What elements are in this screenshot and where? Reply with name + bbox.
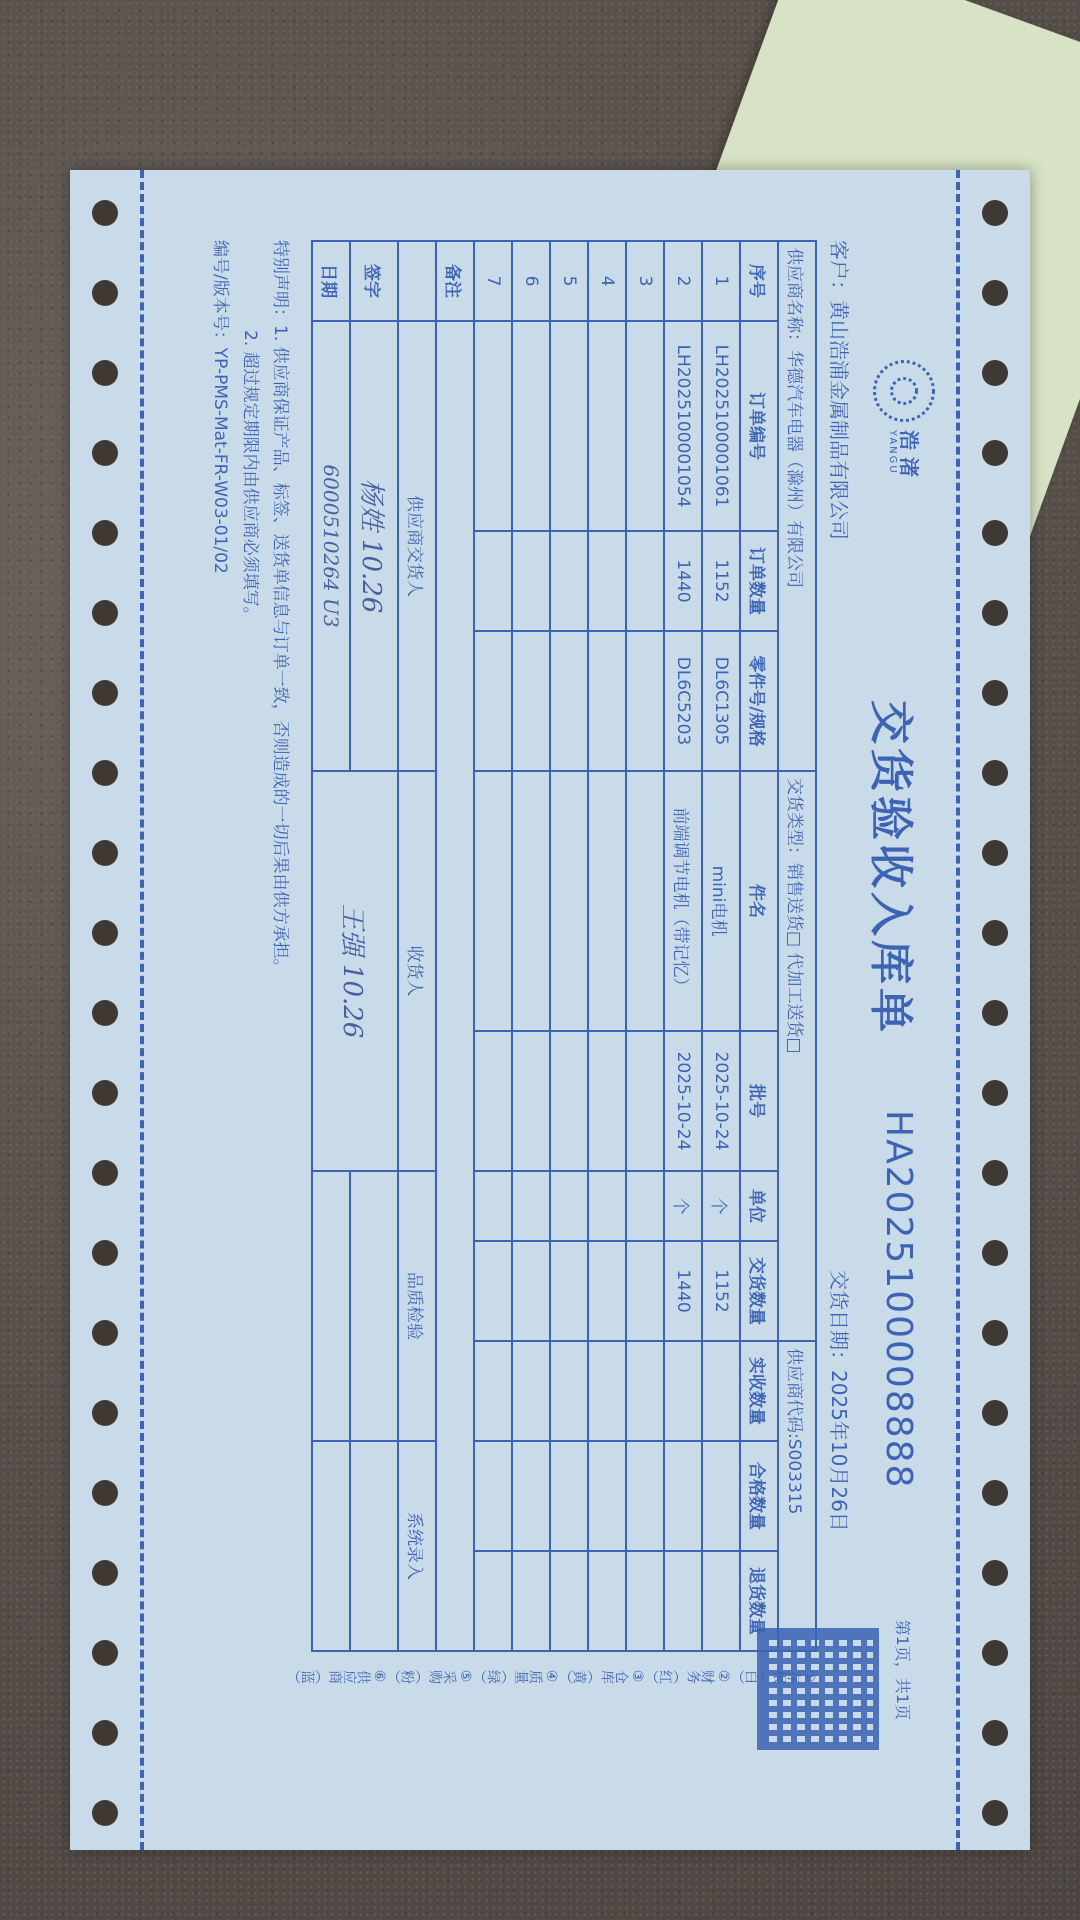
supplier-signature: 杨姓 10.26 xyxy=(350,321,398,771)
role-system-entry: 系统录入 xyxy=(398,1441,436,1651)
cell-returned-qty xyxy=(664,1551,702,1651)
signature-row: 签字 杨姓 10.26 王强 10.26 xyxy=(350,241,398,1651)
table-row: 3 xyxy=(626,241,664,1651)
supplier-date-handwritten: 6000510264 U3 xyxy=(312,321,350,771)
role-quality-inspection: 品质检验 xyxy=(398,1171,436,1441)
items-table: 供应商名称：华德汽车电器（滁州）有限公司 交货类型：销售送货□ 代加工送货□ 供… xyxy=(311,240,817,1652)
table-header-row: 序号 订单编号 订单数量 零件号/规格 件名 批号 单位 交货数量 实收数量 合… xyxy=(740,241,778,1651)
col-header: 合格数量 xyxy=(740,1441,778,1551)
table-row: 1 LH2025100001061 1152 DL6C1305 mini电机 2… xyxy=(702,241,740,1651)
table-row: 2 LH2025100001054 1440 DL6C5203 前端调节电机（带… xyxy=(664,241,702,1651)
cell-received-qty xyxy=(664,1341,702,1441)
table-row: 4 xyxy=(588,241,626,1651)
cell-part-no: DL6C1305 xyxy=(702,631,740,771)
page-title: 交货验收入库单 xyxy=(863,700,927,1036)
role-receiver: 收货人 xyxy=(398,771,436,1171)
cell-no: 2 xyxy=(664,241,702,321)
logo-subtitle: YANGU xyxy=(888,430,899,477)
col-header: 零件号/规格 xyxy=(740,631,778,771)
supplier-row: 供应商名称：华德汽车电器（滁州）有限公司 交货类型：销售送货□ 代加工送货□ 供… xyxy=(778,241,816,1651)
note-line-1: 特别声明：1. 供应商保证产品、标签、送货单信息与订单一致，否则造成的一切后果由… xyxy=(265,240,295,976)
role-supplier-deliverer: 供应商交货人 xyxy=(398,321,436,771)
col-header: 序号 xyxy=(740,241,778,321)
col-header: 订单编号 xyxy=(740,321,778,531)
cell-unit: 个 xyxy=(702,1171,740,1241)
col-header: 单位 xyxy=(740,1171,778,1241)
remarks-row: 备注 xyxy=(436,241,474,1651)
col-header: 件名 xyxy=(740,771,778,1031)
table-row: 5 xyxy=(550,241,588,1651)
cell-received-qty xyxy=(702,1341,740,1441)
logo-name: 浩 渚 xyxy=(899,430,921,477)
cell-part-name: mini电机 xyxy=(702,771,740,1031)
cell-no: 7 xyxy=(474,241,512,321)
delivery-date: 交货日期：2025年10月26日 xyxy=(826,1270,855,1532)
form-header: 浩 渚 YANGU 交货验收入库单 HA2025100008888 第1页，共1… xyxy=(825,240,935,1780)
supplier-name: 供应商名称：华德汽车电器（滁州）有限公司 xyxy=(778,241,816,771)
date-label: 日期 xyxy=(312,241,350,321)
cell-order-no: LH2025100001061 xyxy=(702,321,740,531)
cell-order-qty: 1440 xyxy=(664,531,702,631)
supplier-code: 供应商代码:S003315 xyxy=(778,1341,816,1651)
cell-no: 3 xyxy=(626,241,664,321)
document-photo: 浩 渚 YANGU 交货验收入库单 HA2025100008888 第1页，共1… xyxy=(40,170,1020,1850)
document-number: HA2025100008888 xyxy=(878,1110,919,1489)
customer-name: 客户：黄山浩浦金属制品有限公司 xyxy=(826,240,855,540)
delivery-type: 交货类型：销售送货□ 代加工送货□ xyxy=(778,771,816,1341)
cell-returned-qty xyxy=(702,1551,740,1651)
cell-no: 5 xyxy=(550,241,588,321)
signature-label: 签字 xyxy=(350,241,398,321)
cell-part-name: 前端调节电机（带记忆） xyxy=(664,771,702,1031)
company-logo: 浩 渚 YANGU xyxy=(873,360,935,477)
tractor-holes-top xyxy=(960,170,1030,1850)
cell-order-no: LH2025100001054 xyxy=(664,321,702,531)
form-content: 浩 渚 YANGU 交货验收入库单 HA2025100008888 第1页，共1… xyxy=(165,240,935,1780)
page-info: 第1页，共1页 xyxy=(892,1620,915,1720)
form-code: 编号/版本号：YP-PMS-Mat-FR-W03-01/02 xyxy=(205,240,235,976)
tractor-holes-bottom xyxy=(70,170,140,1850)
cell-order-qty: 1152 xyxy=(702,531,740,631)
table-row: 6 xyxy=(512,241,550,1651)
cell-no: 4 xyxy=(588,241,626,321)
cell-qualified-qty xyxy=(664,1441,702,1551)
cell-qualified-qty xyxy=(702,1441,740,1551)
note-line-2: 2. 超过规定期限内由供应商必须填写。 xyxy=(235,240,265,976)
remarks-value xyxy=(436,321,474,1651)
table-row: 7 xyxy=(474,241,512,1651)
cell-no: 6 xyxy=(512,241,550,321)
cell-deliver-qty: 1440 xyxy=(664,1241,702,1341)
delivery-receipt-form: 浩 渚 YANGU 交货验收入库单 HA2025100008888 第1页，共1… xyxy=(70,170,1030,1850)
footer-notes: 特别声明：1. 供应商保证产品、标签、送货单信息与订单一致，否则造成的一切后果由… xyxy=(205,240,295,976)
col-header: 退货数量 xyxy=(740,1551,778,1651)
col-header: 订单数量 xyxy=(740,531,778,631)
sign-roles-row: 供应商交货人 收货人 品质检验 系统录入 xyxy=(398,241,436,1651)
cell-batch: 2025-10-24 xyxy=(702,1031,740,1171)
col-header: 交货数量 xyxy=(740,1241,778,1341)
cell-part-no: DL6C5203 xyxy=(664,631,702,771)
cell-batch: 2025-10-24 xyxy=(664,1031,702,1171)
logo-emblem-icon xyxy=(873,360,935,422)
remarks-label: 备注 xyxy=(436,241,474,321)
cell-deliver-qty: 1152 xyxy=(702,1241,740,1341)
col-header: 批号 xyxy=(740,1031,778,1171)
cell-no: 1 xyxy=(702,241,740,321)
cell-unit: 个 xyxy=(664,1171,702,1241)
col-header: 实收数量 xyxy=(740,1341,778,1441)
copy-distribution: ①存根（白）②财务（红）③仓库（黄）④质量（绿）⑤采购（粉）⑥供应商（蓝） xyxy=(287,1660,817,1690)
receiver-signature: 王强 10.26 xyxy=(312,771,398,1171)
perforation-top xyxy=(956,170,960,1850)
perforation-bottom xyxy=(140,170,144,1850)
